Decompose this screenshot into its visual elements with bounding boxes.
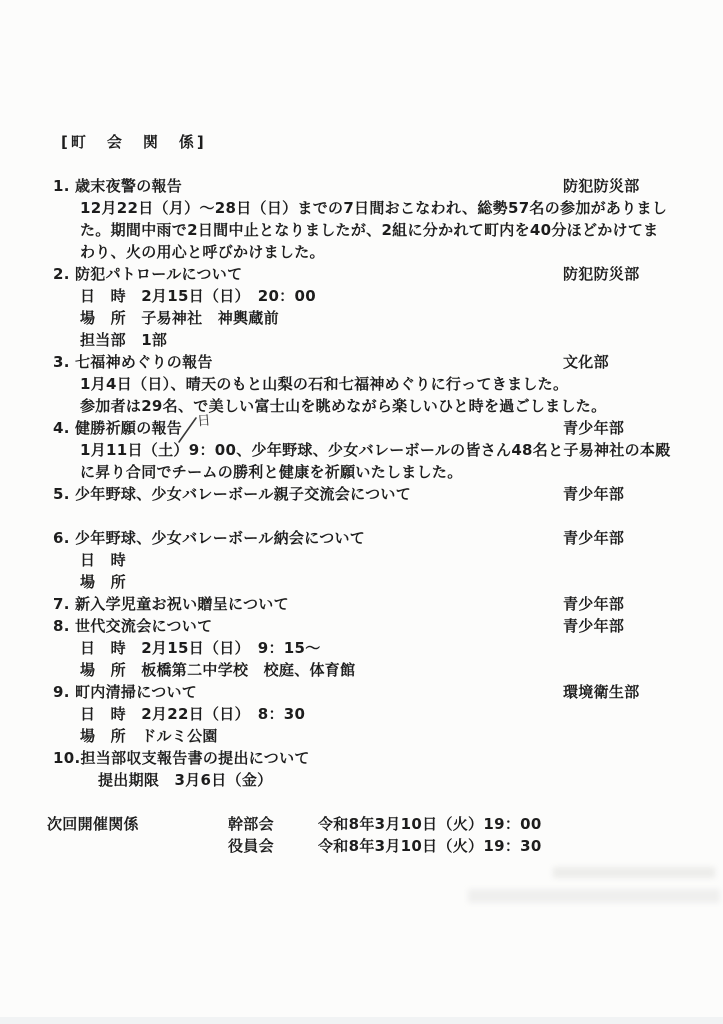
item-title: 世代交流会について (75, 617, 212, 635)
agenda-item-3: 3.七福神めぐりの報告 文化部 1月4日（日）、晴天のもと山梨の石和七福神めぐり… (53, 351, 663, 417)
agenda-item-8: 8.世代交流会について 青少年部 日 時 2月15日（日） 9：15～ 場 所 … (53, 615, 663, 681)
item-body-line: 場 所 板橋第二中学校 校庭、体育館 (53, 659, 663, 681)
agenda-item-9: 9.町内清掃について 環境衛生部 日 時 2月22日（日） 8：30 場 所 ド… (53, 681, 663, 747)
scanned-meeting-document: [町 会 関 係] 1.歳末夜警の報告 防犯防災部 12月22日（月）～28日（… (0, 0, 723, 1024)
next-meetings-section: 次回開催関係 幹部会 令和8年3月10日（火）19：00 役員会 令和8年3月1… (47, 813, 663, 857)
item-number: 4. (53, 417, 75, 439)
item-title: 町内清掃について (75, 683, 197, 701)
bleed-through-artifact (468, 889, 720, 903)
meeting-name: 幹部会 (228, 813, 318, 835)
item-number: 10. (53, 747, 80, 769)
next-meetings-label: 次回開催関係 (47, 813, 228, 835)
item-body-line: 1月4日（日）、晴天のもと山梨の石和七福神めぐりに行ってきました。 (53, 373, 663, 395)
department-label: 青少年部 (563, 593, 624, 615)
agenda-item-6: 6.少年野球、少女バレーボール納会について 青少年部 日 時 場 所 (53, 527, 663, 593)
meeting-datetime: 令和8年3月10日（火）19：00 (318, 813, 542, 835)
item-number: 5. (53, 483, 75, 505)
item-body-line: 場 所 (53, 571, 663, 593)
agenda-item-1: 1.歳末夜警の報告 防犯防災部 12月22日（月）～28日（日）までの7日間おこ… (53, 175, 663, 263)
agenda-item-10: 10.担当部収支報告書の提出について 提出期限 3月6日（金） (53, 747, 663, 791)
department-label: 防犯防災部 (563, 263, 640, 285)
item-number: 2. (53, 263, 75, 285)
item-number: 8. (53, 615, 75, 637)
item-number: 6. (53, 527, 75, 549)
department-label: 青少年部 (563, 483, 624, 505)
item-title: 健勝祈願の報告 (75, 419, 182, 437)
section-header: [町 会 関 係] (61, 131, 663, 153)
item-body-line: 担当部 1部 (53, 329, 663, 351)
item-body-line: 1月11日（土）9：00、少年野球、少女バレーボールの皆さん48名と子易神社の本… (53, 439, 663, 461)
agenda-item-4: 4.健勝祈願の報告 青少年部 1月11日（土）9：00、少年野球、少女バレーボー… (53, 417, 663, 483)
item-title: 少年野球、少女バレーボール納会について (75, 529, 365, 547)
department-label: 環境衛生部 (563, 681, 640, 703)
agenda-item-7: 7.新入学児童お祝い贈呈について 青少年部 (53, 593, 663, 615)
scan-edge-shadow (0, 1017, 723, 1024)
item-body-line: 日 時 (53, 549, 663, 571)
item-body-line: 場 所 子易神社 神輿蔵前 (53, 307, 663, 329)
item-body-line: に昇り合同でチームの勝利と健康を祈願いたしました。 (53, 461, 663, 483)
item-number: 3. (53, 351, 75, 373)
item-body-line: 日 時 2月15日（日） 20：00 (53, 285, 663, 307)
agenda-item-5: 5.少年野球、少女バレーボール親子交流会について 青少年部 (53, 483, 663, 505)
item-title: 歳末夜警の報告 (75, 177, 182, 195)
document-content: [町 会 関 係] 1.歳末夜警の報告 防犯防災部 12月22日（月）～28日（… (53, 131, 663, 857)
department-label: 防犯防災部 (563, 175, 640, 197)
meeting-name: 役員会 (228, 835, 318, 857)
item-body-line: 場 所 ドルミ公園 (53, 725, 663, 747)
item-body-line: た。期間中雨で2日間中止となりましたが、2組に分かれて町内を40分ほどかけてま (53, 219, 663, 241)
meeting-datetime: 令和8年3月10日（火）19：30 (318, 835, 542, 857)
item-number: 1. (53, 175, 75, 197)
item-number: 7. (53, 593, 75, 615)
item-number: 9. (53, 681, 75, 703)
item-title: 防犯パトロールについて (75, 265, 242, 283)
department-label: 文化部 (563, 351, 609, 373)
item-title: 新入学児童お祝い贈呈について (75, 595, 289, 613)
department-label: 青少年部 (563, 417, 624, 439)
agenda-item-2: 2.防犯パトロールについて 防犯防災部 日 時 2月15日（日） 20：00 場… (53, 263, 663, 351)
item-title: 担当部収支報告書の提出について (80, 749, 309, 767)
item-title: 七福神めぐりの報告 (75, 353, 213, 371)
item-body-line: 12月22日（月）～28日（日）までの7日間おこなわれ、総勢57名の参加がありま… (53, 197, 663, 219)
bleed-through-artifact (553, 867, 715, 878)
item-body-line: 参加者は29名、で美しい富士山を眺めながら楽しいひと時を過ごしました。 (53, 395, 663, 417)
item-body-line: 日 時 2月22日（日） 8：30 (53, 703, 663, 725)
item-body-line: わり、火の用心と呼びかけました。 (53, 241, 663, 263)
item-body-line: 提出期限 3月6日（金） (53, 769, 663, 791)
department-label: 青少年部 (563, 527, 624, 549)
department-label: 青少年部 (563, 615, 624, 637)
item-body-line: 日 時 2月15日（日） 9：15～ (53, 637, 663, 659)
item-title: 少年野球、少女バレーボール親子交流会について (75, 485, 411, 503)
